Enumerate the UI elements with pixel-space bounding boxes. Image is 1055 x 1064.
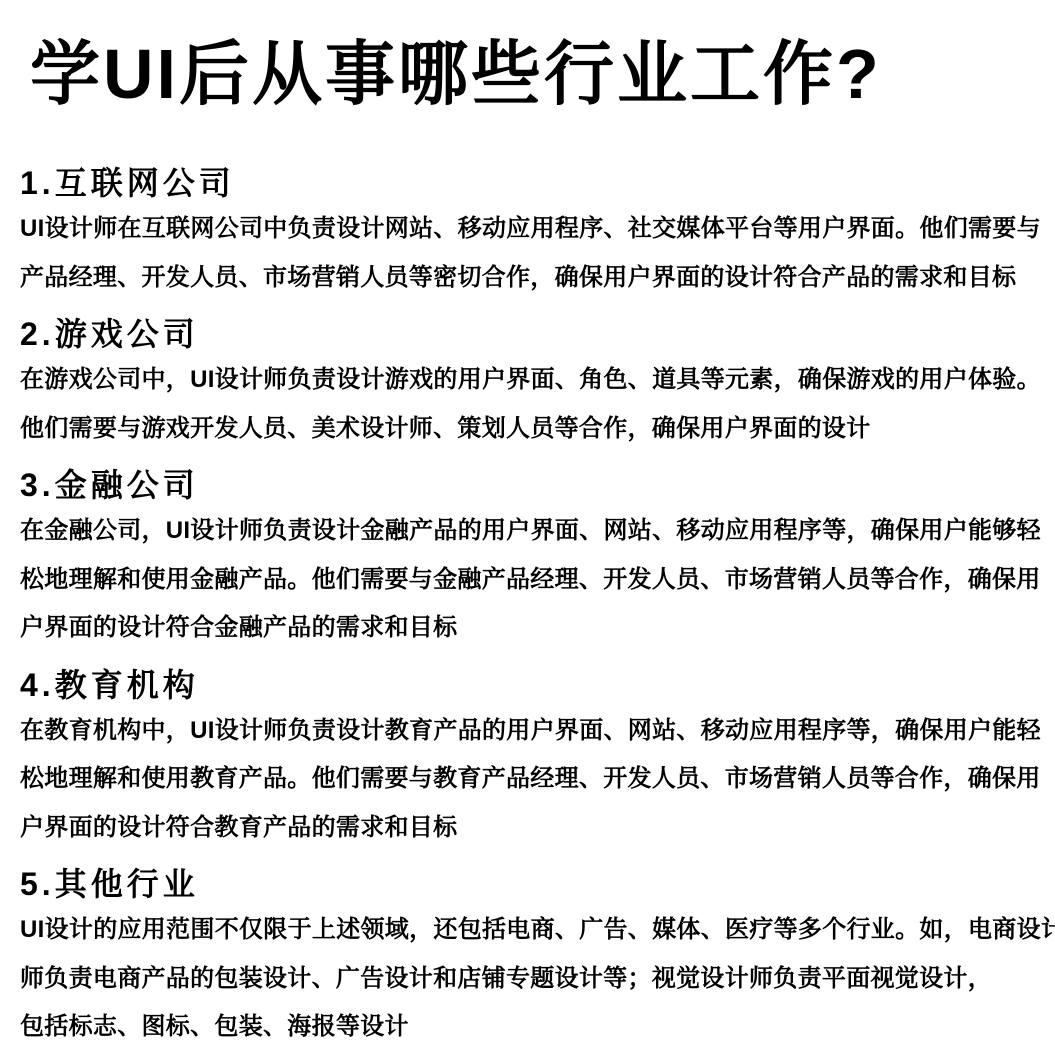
section-game-company: 2.游戏公司 在游戏公司中，UI设计师负责设计游戏的用户界面、角色、道具等元素，… <box>20 318 1035 453</box>
body-line: 松地理解和使用教育产品。他们需要与教育产品经理、开发人员、市场营销人员等合作，确… <box>20 755 1035 804</box>
section-education-institution: 4.教育机构 在教育机构中，UI设计师负责设计教育产品的用户界面、网站、移动应用… <box>20 669 1035 853</box>
article-content: 1.互联网公司 UI设计师在互联网公司中负责设计网站、移动应用程序、社交媒体平台… <box>0 167 1055 1052</box>
body-line: 包括标志、图标、包装、海报等设计 <box>20 1003 1035 1052</box>
section-paragraph: 在教育机构中，UI设计师负责设计教育产品的用户界面、网站、移动应用程序等，确保用… <box>20 707 1035 853</box>
article-page: 学UI后从事哪些行业工作? 1.互联网公司 UI设计师在互联网公司中负责设计网站… <box>0 0 1055 1064</box>
body-line: 户界面的设计符合教育产品的需求和目标 <box>20 804 1035 853</box>
body-line: 户界面的设计符合金融产品的需求和目标 <box>20 604 1035 653</box>
body-line: UI设计师在互联网公司中负责设计网站、移动应用程序、社交媒体平台等用户界面。他们… <box>20 205 1035 254</box>
body-line: UI设计的应用范围不仅限于上述领域，还包括电商、广告、媒体、医疗等多个行业。如，… <box>20 906 1035 955</box>
body-line: 产品经理、开发人员、市场营销人员等密切合作，确保用户界面的设计符合产品的需求和目… <box>20 254 1035 303</box>
section-heading: 1.互联网公司 <box>20 167 1035 199</box>
section-paragraph: UI设计师在互联网公司中负责设计网站、移动应用程序、社交媒体平台等用户界面。他们… <box>20 205 1035 302</box>
section-finance-company: 3.金融公司 在金融公司，UI设计师负责设计金融产品的用户界面、网站、移动应用程… <box>20 469 1035 653</box>
body-line: 他们需要与游戏开发人员、美术设计师、策划人员等合作，确保用户界面的设计 <box>20 405 1035 454</box>
body-line: 在金融公司，UI设计师负责设计金融产品的用户界面、网站、移动应用程序等，确保用户… <box>20 507 1035 556</box>
section-paragraph: 在金融公司，UI设计师负责设计金融产品的用户界面、网站、移动应用程序等，确保用户… <box>20 507 1035 653</box>
section-heading: 5.其他行业 <box>20 868 1035 900</box>
body-line: 师负责电商产品的包装设计、广告设计和店铺专题设计等；视觉设计师负责平面视觉设计， <box>20 955 1035 1004</box>
page-title: 学UI后从事哪些行业工作? <box>30 38 1055 111</box>
section-paragraph: UI设计的应用范围不仅限于上述领域，还包括电商、广告、媒体、医疗等多个行业。如，… <box>20 906 1035 1052</box>
section-other-industries: 5.其他行业 UI设计的应用范围不仅限于上述领域，还包括电商、广告、媒体、医疗等… <box>20 868 1035 1052</box>
section-internet-company: 1.互联网公司 UI设计师在互联网公司中负责设计网站、移动应用程序、社交媒体平台… <box>20 167 1035 302</box>
section-paragraph: 在游戏公司中，UI设计师负责设计游戏的用户界面、角色、道具等元素，确保游戏的用户… <box>20 356 1035 453</box>
body-line: 在游戏公司中，UI设计师负责设计游戏的用户界面、角色、道具等元素，确保游戏的用户… <box>20 356 1035 405</box>
section-heading: 4.教育机构 <box>20 669 1035 701</box>
body-line: 在教育机构中，UI设计师负责设计教育产品的用户界面、网站、移动应用程序等，确保用… <box>20 707 1035 756</box>
body-line: 松地理解和使用金融产品。他们需要与金融产品经理、开发人员、市场营销人员等合作，确… <box>20 556 1035 605</box>
section-heading: 3.金融公司 <box>20 469 1035 501</box>
section-heading: 2.游戏公司 <box>20 318 1035 350</box>
